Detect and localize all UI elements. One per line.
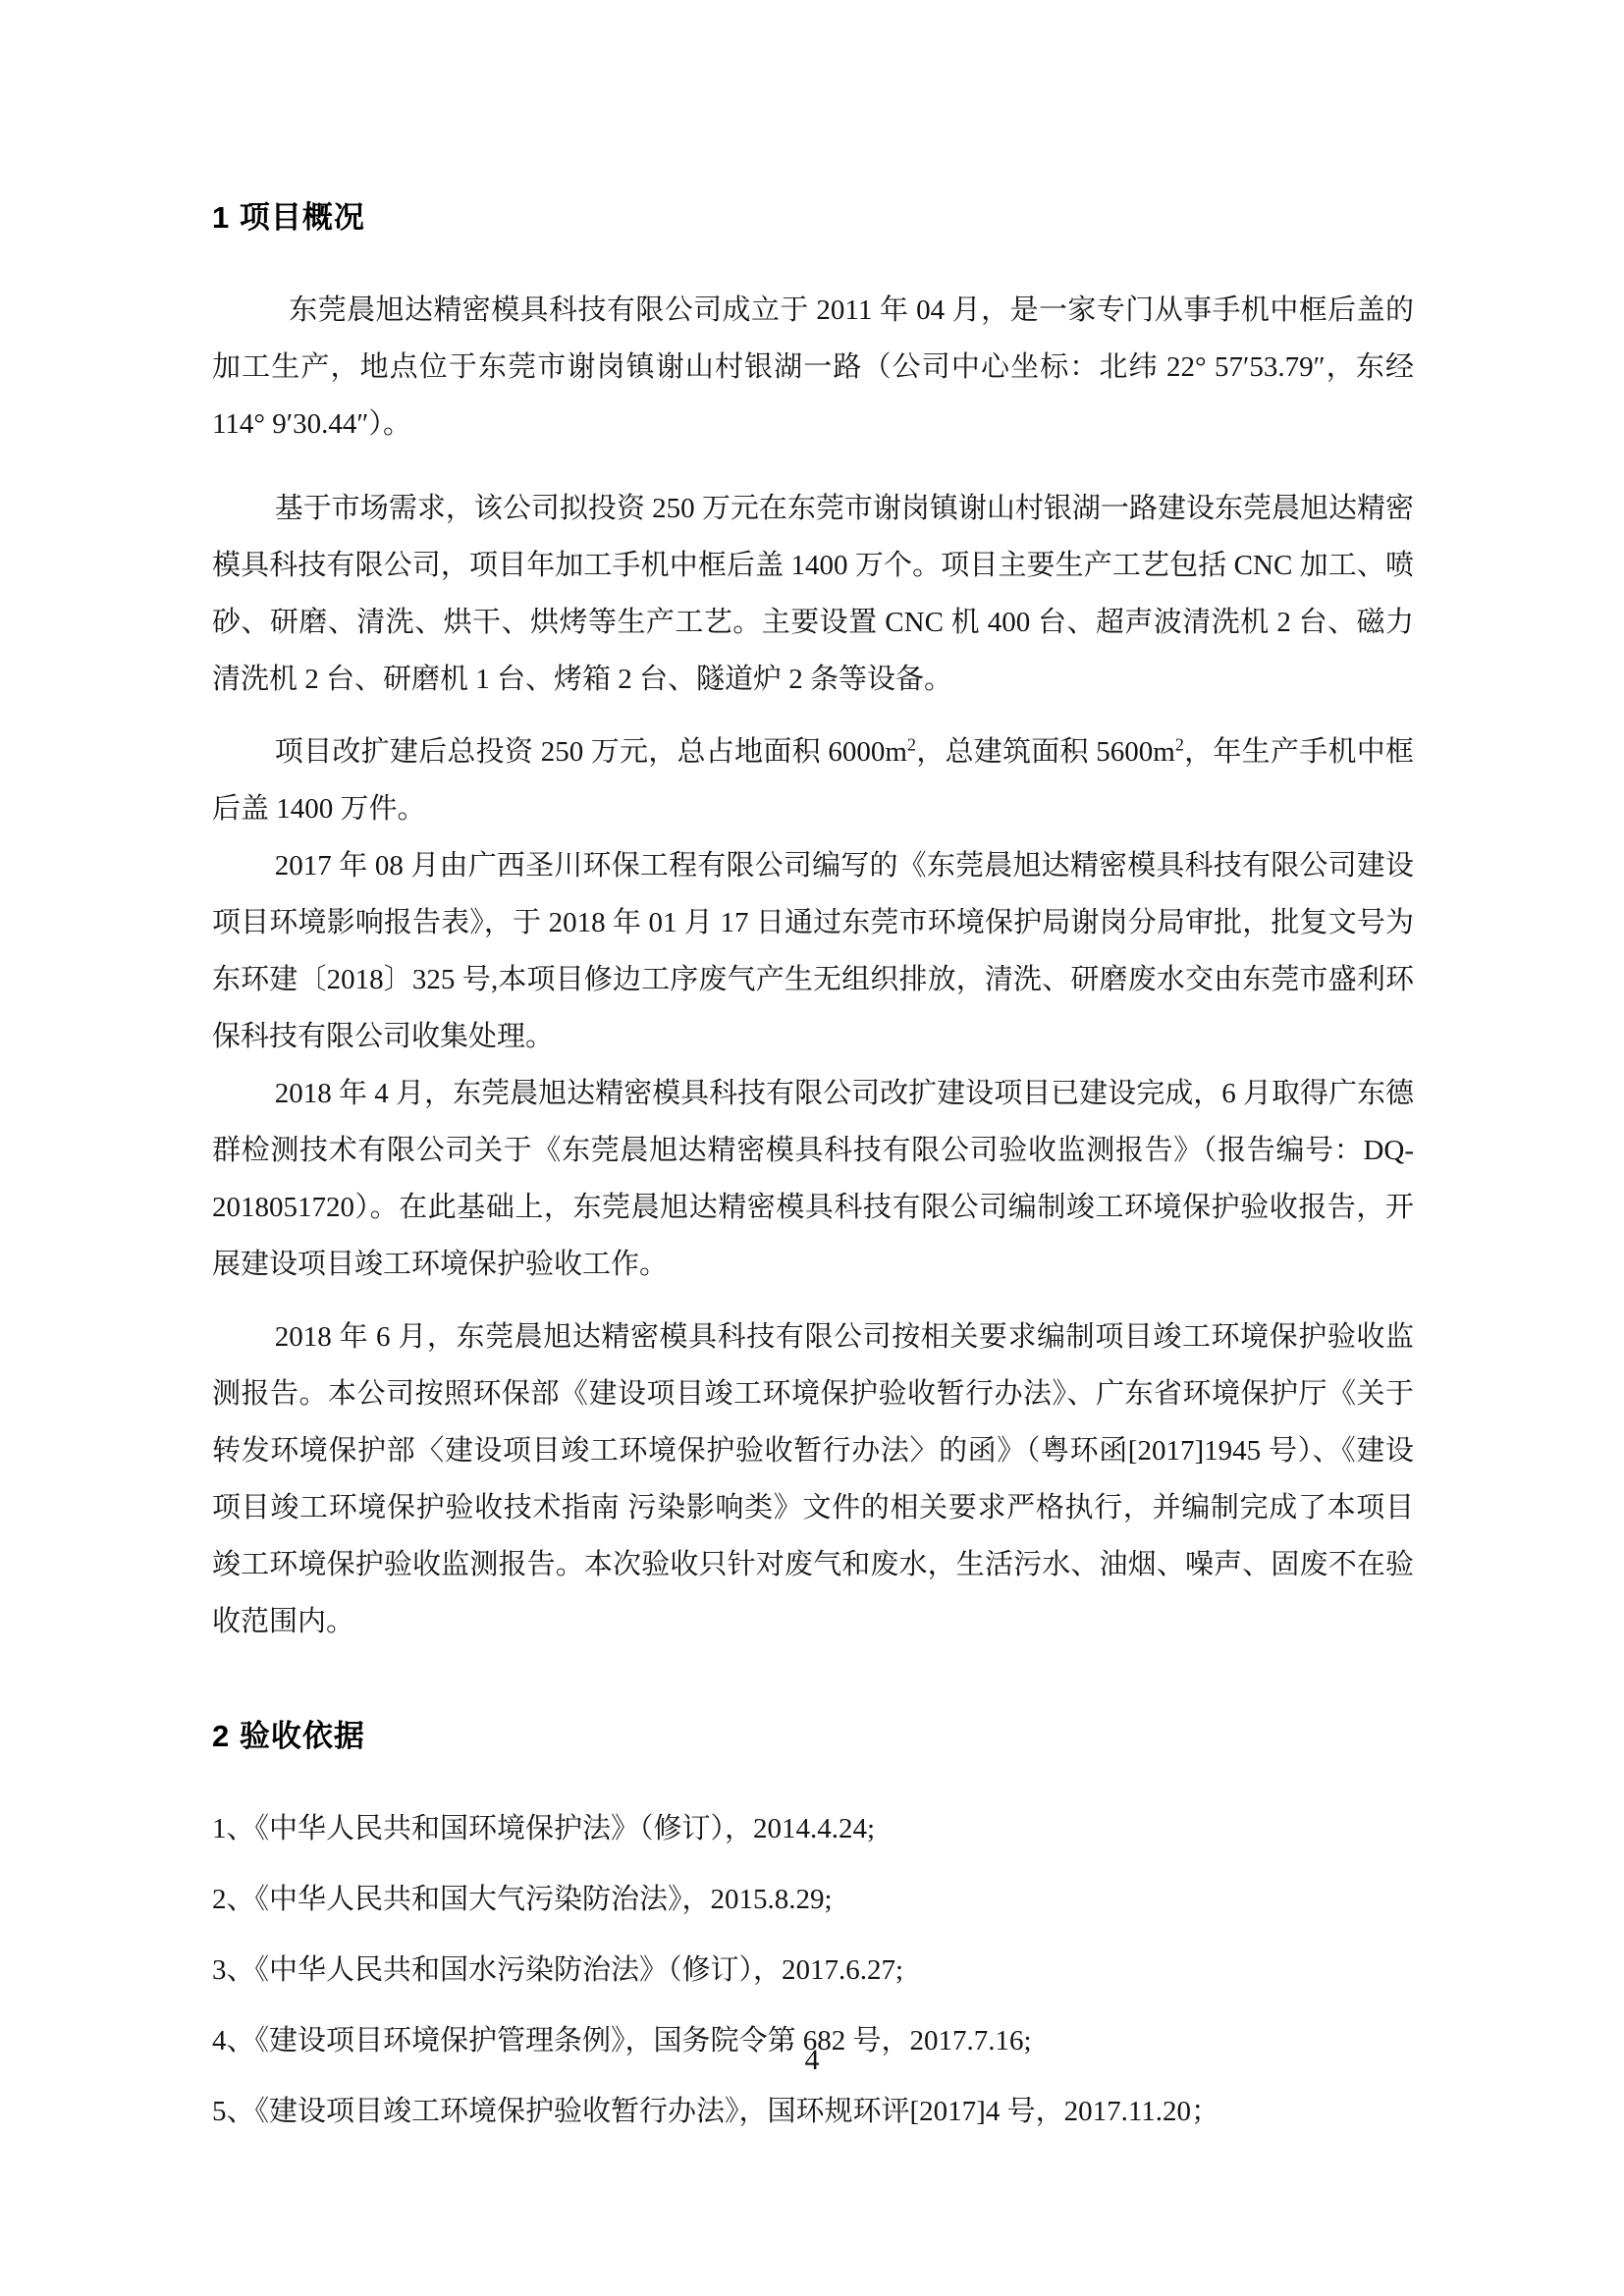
basis-item-2: 2、《中华人民共和国大气污染防治法》，2015.8.29; <box>212 1871 1414 1928</box>
paragraph-completion-report: 2018 年 4 月，东莞晨旭达精密模具科技有限公司改扩建设项目已建设完成，6 … <box>212 1065 1414 1293</box>
document-page: 1 项目概况 东莞晨旭达精密模具科技有限公司成立于 2011 年 04 月，是一… <box>0 0 1624 2296</box>
basis-item-5: 5、《建设项目竣工环境保护验收暂行办法》，国环规环评[2017]4 号，2017… <box>212 2083 1414 2140</box>
acceptance-basis-list: 1、《中华人民共和国环境保护法》（修订），2014.4.24; 2、《中华人民共… <box>212 1800 1414 2140</box>
basis-item-3: 3、《中华人民共和国水污染防治法》（修订），2017.6.27; <box>212 1942 1414 1999</box>
basis-item-1: 1、《中华人民共和国环境保护法》（修订），2014.4.24; <box>212 1800 1414 1857</box>
paragraph-project-scale: 项目改扩建后总投资 250 万元，总占地面积 6000m2，总建筑面积 5600… <box>212 723 1414 837</box>
paragraph-company-intro: 东莞晨旭达精密模具科技有限公司成立于 2011 年 04 月，是一家专门从事手机… <box>212 282 1414 453</box>
paragraph-monitoring-report: 2018 年 6 月，东莞晨旭达精密模具科技有限公司按相关要求编制项目竣工环境保… <box>212 1308 1414 1650</box>
section-1-heading: 1 项目概况 <box>212 192 1414 237</box>
section-2-heading: 2 验收依据 <box>212 1711 1414 1755</box>
page-number: 4 <box>0 2044 1624 2077</box>
paragraph-investment-process: 基于市场需求，该公司拟投资 250 万元在东莞市谢岗镇谢山村银湖一路建设东莞晨旭… <box>212 480 1414 708</box>
paragraph-eia-approval: 2017 年 08 月由广西圣川环保工程有限公司编写的《东莞晨旭达精密模具科技有… <box>212 837 1414 1065</box>
